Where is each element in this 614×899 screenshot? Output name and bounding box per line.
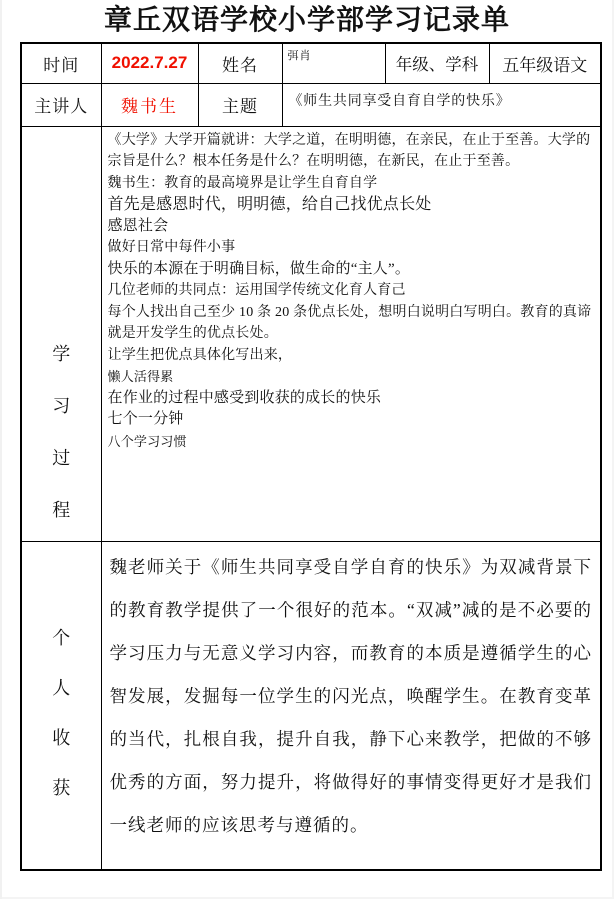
process-line: 首先是感恩时代，明明德，给自己找优点长处 (108, 194, 595, 216)
learning-process-label-stack: 学习过程 (22, 127, 101, 538)
process-line: 懒人活得累 (108, 366, 595, 388)
header-row-2: 主讲人 魏书生 主题 《师生共同享受自育自学的快乐》 (21, 83, 601, 126)
label-char: 程 (52, 496, 70, 522)
personal-gains-label-stack: 个人收获 (22, 542, 101, 867)
label-char: 收 (52, 724, 70, 750)
process-line: 做好日常中每件小事 (108, 237, 595, 259)
process-line: 魏书生：教育的最高境界是让学生自育自学 (108, 173, 595, 195)
personal-gains-content: 魏老师关于《师生共同享受自学自育的快乐》为双减背景下的教育教学提供了一个很好的范… (101, 541, 601, 870)
name-label: 姓名 (198, 43, 282, 83)
gains-paragraph: 魏老师关于《师生共同享受自学自育的快乐》为双减背景下的教育教学提供了一个很好的范… (110, 546, 593, 847)
process-line: 七个一分钟 (108, 409, 595, 431)
grade-subject-label: 年级、学科 (385, 43, 489, 83)
name-value: 弭肖 (282, 43, 385, 83)
document-page: 章丘双语学校小学部学习记录单 时间 2022.7.27 姓名 弭肖 年级、学科 … (0, 0, 614, 899)
process-line: 快乐的本源在于明确目标，做生命的“主人”。 (108, 259, 595, 281)
process-line: 感恩社会 (108, 216, 595, 238)
label-char: 个 (52, 624, 70, 650)
process-line: 让学生把优点具体化写出来， (108, 345, 595, 367)
speaker-value: 魏书生 (101, 83, 198, 126)
learning-process-content: 《大学》大学开篇就讲：大学之道，在明明德，在亲民，在止于至善。大学的宗旨是什么？… (101, 126, 601, 541)
learning-process-label: 学习过程 (21, 126, 101, 541)
label-char: 获 (52, 774, 70, 800)
record-table: 时间 2022.7.27 姓名 弭肖 年级、学科 五年级语文 主讲人 魏书生 主… (20, 42, 602, 871)
label-char: 习 (52, 392, 70, 418)
personal-gains-row: 个人收获 魏老师关于《师生共同享受自学自育的快乐》为双减背景下的教育教学提供了一… (21, 541, 601, 870)
process-line: 《大学》大学开篇就讲：大学之道，在明明德，在亲民，在止于至善。大学的宗旨是什么？… (108, 130, 595, 173)
header-row-1: 时间 2022.7.27 姓名 弭肖 年级、学科 五年级语文 (21, 43, 601, 83)
label-char: 学 (52, 340, 70, 366)
learning-process-lines: 《大学》大学开篇就讲：大学之道，在明明德，在亲民，在止于至善。大学的宗旨是什么？… (108, 130, 595, 453)
topic-label: 主题 (198, 83, 282, 126)
process-line: 每个人找出自己至少 10 条 20 条优点长处，想明白说明白写明白。教育的真谛就… (108, 302, 595, 345)
process-line: 在作业的过程中感受到收获的成长的快乐 (108, 388, 595, 410)
learning-process-row: 学习过程 《大学》大学开篇就讲：大学之道，在明明德，在亲民，在止于至善。大学的宗… (21, 126, 601, 541)
topic-value: 《师生共同享受自育自学的快乐》 (282, 83, 601, 126)
time-label: 时间 (21, 43, 101, 83)
page-title: 章丘双语学校小学部学习记录单 (0, 2, 614, 40)
label-char: 人 (52, 674, 70, 700)
time-value: 2022.7.27 (101, 43, 198, 83)
process-line: 八个学习习惯 (108, 431, 595, 453)
process-line: 几位老师的共同点：运用国学传统文化育人育己 (108, 280, 595, 302)
grade-subject-value: 五年级语文 (489, 43, 601, 83)
label-char: 过 (52, 444, 70, 470)
personal-gains-label: 个人收获 (21, 541, 101, 870)
speaker-label: 主讲人 (21, 83, 101, 126)
